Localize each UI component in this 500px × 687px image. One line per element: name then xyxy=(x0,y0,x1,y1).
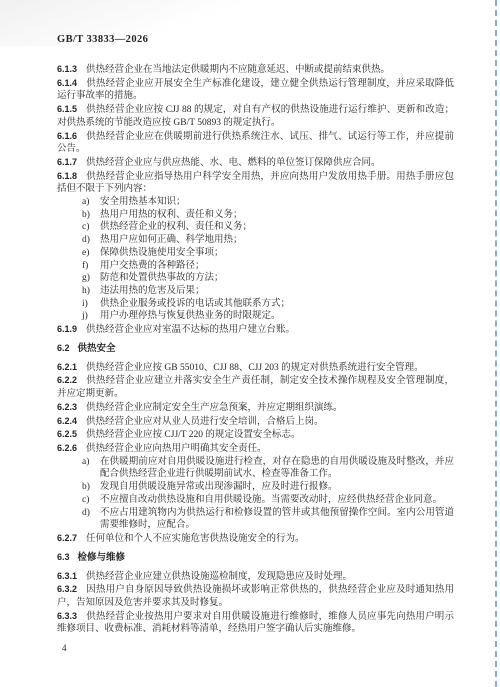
list-item-label: b) xyxy=(82,209,100,222)
list-item: e)保障供热设施使用安全事项； xyxy=(82,247,454,260)
clause-paragraph: 6.1.6供热经营企业应在供暖期前进行供热系统注水、试压、排气、试运行等工作，并… xyxy=(57,130,454,156)
list-item: c)供热经营企业的权利、责任和义务； xyxy=(82,221,454,234)
document-body: 6.1.3供热经营企业在当地法定供暖期内不应随意延迟、中断或提前结束供热。6.1… xyxy=(57,63,454,636)
clause-number: 6.1.4 xyxy=(57,78,77,88)
clause-number: 6.2.3 xyxy=(57,402,77,412)
list-item-text: 保障供热设施使用安全事项； xyxy=(100,247,454,260)
clause-text: 供热经营企业应按 CJJ 88 的规定，对自有产权的供热设施进行运行维护、更新和… xyxy=(57,105,454,128)
clause-paragraph: 6.2.6供热经营企业应向热用户明确其安全责任。 xyxy=(57,442,454,456)
clause-text: 供热经营企业应开展安全生产标准化建设，建立健全供热运行管理制度，并应采取降低运行… xyxy=(57,79,454,102)
list-item: b)热用户用热的权利、责任和义务； xyxy=(82,209,454,222)
clause-number: 6.2.7 xyxy=(57,533,77,543)
list-item-label: h) xyxy=(82,285,100,298)
list-item-label: i) xyxy=(82,298,100,311)
clause-number: 6.3.2 xyxy=(57,584,77,594)
section-heading: 6.3检修与维修 xyxy=(57,551,454,564)
clause-text: 供热经营企业在当地法定供暖期内不应随意延迟、中断或提前结束供热。 xyxy=(86,65,390,75)
list-item-text: 防范和处置供热事故的方法； xyxy=(100,272,454,285)
list-item-label: g) xyxy=(82,272,100,285)
list-item-label: b) xyxy=(82,481,100,494)
clause-text: 供热经营企业应制定安全生产应急预案，并应定期组织演练。 xyxy=(86,403,343,413)
section-heading: 6.2供热安全 xyxy=(57,342,454,355)
list-item-label: c) xyxy=(82,221,100,234)
clause-text: 因热用户自身原因导致供热设施损坏或影响正常供热的，供热经营企业应及时通知热用户，… xyxy=(57,585,454,608)
list-item: c)不应擅自改动供热设施和自用供暖设施。当需要改动时，应经供热经营企业同意。 xyxy=(82,494,454,507)
list-item-label: c) xyxy=(82,494,100,507)
list-item: b)发现自用供暖设施异常或出现渗漏时，应及时进行报修。 xyxy=(82,481,454,494)
clause-text: 供热经营企业应向热用户明确其安全责任。 xyxy=(86,444,267,454)
clause-text: 供热经营企业应按 CJJ/T 220 的规定设置安全标志。 xyxy=(86,430,300,440)
section-title: 供热安全 xyxy=(78,343,116,354)
document-page: GB/T 33833—2026 6.1.3供热经营企业在当地法定供暖期内不应随意… xyxy=(0,0,500,687)
list-item: d)热用户应如何正确、科学地用热； xyxy=(82,234,454,247)
clause-number: 6.2.6 xyxy=(57,443,77,453)
section-number: 6.3 xyxy=(57,552,70,562)
clause-text: 供热经营企业应建立供热设施巡检制度，发现隐患应及时处理。 xyxy=(86,572,352,582)
list-item-label: e) xyxy=(82,247,100,260)
clause-number: 6.1.6 xyxy=(57,131,77,141)
clause-paragraph: 6.1.7供热经营企业应与供应热能、水、电、燃料的单位签订保障供应合同。 xyxy=(57,156,454,170)
clause-text: 供热经营企业应建立并落实安全生产责任制，制定安全技术操作规程及安全管理制度，并应… xyxy=(57,376,454,399)
list-item-text: 热用户用热的权利、责任和义务； xyxy=(100,209,454,222)
list-item: a)安全用热基本知识； xyxy=(82,196,454,209)
section-number: 6.2 xyxy=(57,343,70,353)
clause-number: 6.1.5 xyxy=(57,104,77,114)
clause-number: 6.1.9 xyxy=(57,324,77,334)
clause-paragraph: 6.1.8供热经营企业应指导热用户科学安全用热，并应向热用户发放用热手册。用热手… xyxy=(57,170,454,196)
clause-text: 供热经营企业应在供暖期前进行供热系统注水、试压、排气、试运行等工作，并应提前公告… xyxy=(57,132,454,155)
clause-paragraph: 6.3.3供热经营企业按热用户要求对自用供暖设施进行维修时，维修人员应事先向热用… xyxy=(57,610,454,636)
list-item-text: 不应擅自改动供热设施和自用供暖设施。当需要改动时，应经供热经营企业同意。 xyxy=(100,494,454,507)
clause-paragraph: 6.1.5供热经营企业应按 CJJ 88 的规定，对自有产权的供热设施进行运行维… xyxy=(57,103,454,129)
list-item: h)违法用热的危害及后果； xyxy=(82,285,454,298)
clause-number: 6.2.5 xyxy=(57,429,77,439)
list-item-label: a) xyxy=(82,456,100,481)
list-item: g)防范和处置供热事故的方法； xyxy=(82,272,454,285)
clause-paragraph: 6.3.2因热用户自身原因导致供热设施损坏或影响正常供热的，供热经营企业应及时通… xyxy=(57,583,454,609)
list-item-label: f) xyxy=(82,260,100,273)
list-item-label: d) xyxy=(82,507,100,532)
clause-text: 供热经营企业应与供应热能、水、电、燃料的单位签订保障供应合同。 xyxy=(86,158,381,168)
clause-text: 供热经营企业应指导热用户科学安全用热，并应向热用户发放用热手册。用热手册应包括但… xyxy=(57,172,454,195)
list-item-text: 发现自用供暖设施异常或出现渗漏时，应及时进行报修。 xyxy=(100,481,454,494)
standard-number-header: GB/T 33833—2026 xyxy=(57,34,454,46)
clause-paragraph: 6.2.3供热经营企业应制定安全生产应急预案，并应定期组织演练。 xyxy=(57,401,454,415)
list-item-text: 在供暖期前应对自用供暖设施进行检查，对存在隐患的自用供暖设施及时整改，并应配合供… xyxy=(100,456,454,481)
clause-paragraph: 6.2.1供热经营企业应按 GB 55010、CJJ 88、CJJ 203 的规… xyxy=(57,361,454,375)
clause-paragraph: 6.1.9供热经营企业应对室温不达标的热用户建立台账。 xyxy=(57,323,454,337)
list-item-text: 安全用热基本知识； xyxy=(100,196,454,209)
section-title: 检修与维修 xyxy=(78,552,126,563)
list-item: d)不应占用建筑物内为供热运行和检修设置的管井或其他预留操作空间。室内公用管道需… xyxy=(82,507,454,532)
list-item-label: j) xyxy=(82,310,100,323)
list-item: i)供热企业服务或投诉的电话或其他联系方式； xyxy=(82,298,454,311)
clause-paragraph: 6.2.2供热经营企业应建立并落实安全生产责任制，制定安全技术操作规程及安全管理… xyxy=(57,374,454,400)
clause-number: 6.1.7 xyxy=(57,157,77,167)
clause-paragraph: 6.3.1供热经营企业应建立供热设施巡检制度，发现隐患应及时处理。 xyxy=(57,570,454,584)
clause-text: 任何单位和个人不应实施危害供热设施安全的行为。 xyxy=(86,534,305,544)
list-item: f)用户交热费的各种路径； xyxy=(82,260,454,273)
clause-number: 6.3.1 xyxy=(57,571,77,581)
clause-number: 6.2.1 xyxy=(57,362,77,372)
list-item-text: 供热企业服务或投诉的电话或其他联系方式； xyxy=(100,298,454,311)
list-item-text: 热用户应如何正确、科学地用热； xyxy=(100,234,454,247)
page-number: 4 xyxy=(57,643,454,654)
list-item-text: 供热经营企业的权利、责任和义务； xyxy=(100,221,454,234)
list-item-text: 违法用热的危害及后果； xyxy=(100,285,454,298)
clause-paragraph: 6.2.4供热经营企业应对从业人员进行安全培训，合格后上岗。 xyxy=(57,415,454,429)
list-item-text: 不应占用建筑物内为供热运行和检修设置的管井或其他预留操作空间。室内公用管道需要维… xyxy=(100,507,454,532)
list-item-label: d) xyxy=(82,234,100,247)
list-item: a)在供暖期前应对自用供暖设施进行检查，对存在隐患的自用供暖设施及时整改，并应配… xyxy=(82,456,454,481)
clause-text: 供热经营企业应对室温不达标的热用户建立台账。 xyxy=(86,325,295,335)
clause-paragraph: 6.1.4供热经营企业应开展安全生产标准化建设，建立健全供热运行管理制度，并应采… xyxy=(57,77,454,103)
list-item: j)用户办理停热与恢复供热业务的时限规定。 xyxy=(82,310,454,323)
list-item-label: a) xyxy=(82,196,100,209)
clause-paragraph: 6.1.3供热经营企业在当地法定供暖期内不应随意延迟、中断或提前结束供热。 xyxy=(57,63,454,77)
clause-number: 6.2.4 xyxy=(57,416,77,426)
clause-number: 6.1.8 xyxy=(57,171,77,181)
clause-text: 供热经营企业按热用户要求对自用供暖设施进行维修时，维修人员应事先向热用户明示维修… xyxy=(57,612,454,635)
clause-text: 供热经营企业应按 GB 55010、CJJ 88、CJJ 203 的规定对供热系… xyxy=(86,363,424,373)
clause-number: 6.2.2 xyxy=(57,375,77,385)
list-item-text: 用户交热费的各种路径； xyxy=(100,260,454,273)
list-item-text: 用户办理停热与恢复供热业务的时限规定。 xyxy=(100,310,454,323)
clause-number: 6.3.3 xyxy=(57,611,77,621)
clause-number: 6.1.3 xyxy=(57,64,77,74)
clause-text: 供热经营企业应对从业人员进行安全培训，合格后上岗。 xyxy=(86,417,324,427)
clause-paragraph: 6.2.7任何单位和个人不应实施危害供热设施安全的行为。 xyxy=(57,532,454,546)
clause-paragraph: 6.2.5供热经营企业应按 CJJ/T 220 的规定设置安全标志。 xyxy=(57,428,454,442)
